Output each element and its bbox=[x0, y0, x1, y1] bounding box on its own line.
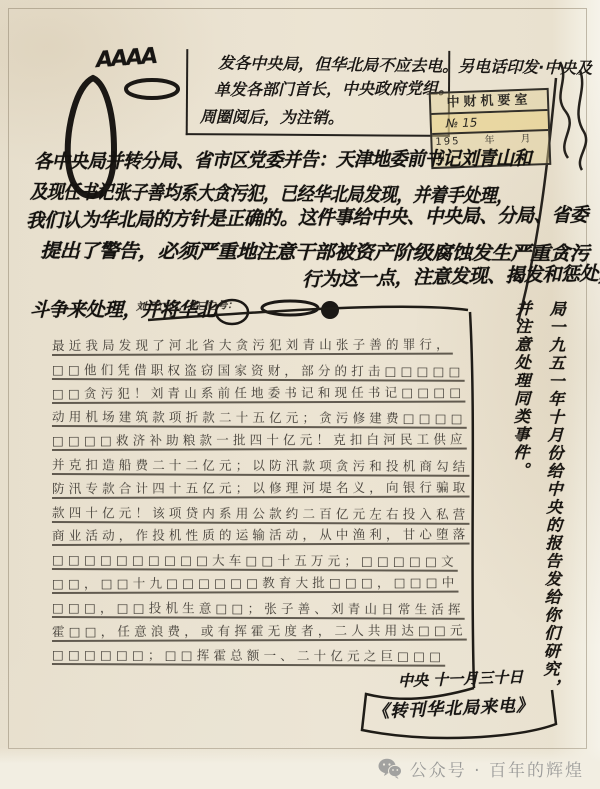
body-line: □□□□救济补助粮款一批四十亿元！克扣白河民工供应 bbox=[52, 428, 476, 453]
body-line: □□□□□□；□□挥霍总额一、二十亿元之巨□□□ bbox=[52, 643, 476, 669]
ink-oval-small bbox=[126, 80, 178, 98]
handwritten-instruction: 各中央局并转分局、省市区党委并告：天津地委前书记刘青山和及现任书记张子善均系大贪… bbox=[30, 148, 600, 325]
body-line: 最近我局发现了河北省大贪污犯刘青山张子善的罪行， bbox=[52, 333, 476, 358]
body-line: □□，□□十九□□□□□□教育大批□□□，□□□中 bbox=[52, 570, 476, 595]
instruction-line: 我们认为华北局的方针是正确的。这件事给中央、中央局、分局、省委 bbox=[26, 200, 600, 237]
filing-note: 刘 王□□，字□□号： bbox=[136, 296, 238, 313]
body-line: □□□，□□投机生意□□；张子善、刘青山日常生活挥 bbox=[52, 596, 476, 622]
body-line: □□贪污犯！刘青山系前任地委书记和现任书记□□□□ bbox=[52, 380, 476, 405]
body-line: 防汛专款合计四十五亿元；以修理河堤名义，向银行骗取 bbox=[52, 475, 476, 500]
handwritten-scribble: AAAA bbox=[95, 44, 157, 73]
watermark: 公众号 · 百年的辉煌 bbox=[378, 756, 584, 781]
typed-body-text: 最近我局发现了河北省大贪污犯刘青山张子善的罪行，□□他们凭借职权盗窃国家资财，部… bbox=[52, 334, 476, 667]
body-line: □□他们凭借职权盗窃国家资财，部分的打击□□□□□ bbox=[52, 358, 476, 384]
instruction-line: 各中央局并转分局、省市区党委并告：天津地委前书记刘青山和 bbox=[34, 143, 600, 177]
routing-note-line: 周圈阅后，为注销。 bbox=[200, 103, 460, 132]
watermark-label: 公众号 · 百年的辉煌 bbox=[410, 756, 584, 781]
wechat-icon bbox=[378, 758, 402, 780]
routing-note-box: 发各中央局，但华北局不应去电。另电话印发·中央及单发各部门首长，中央政府党组。周… bbox=[186, 49, 451, 137]
body-line: 霍□□，任意浪费，或有挥霍无度者，二人共用达□□元 bbox=[52, 618, 476, 643]
scanned-document-page: AAAA 发各中央局，但华北局不应去电。另电话印发·中央及单发各部门首长，中央政… bbox=[0, 0, 600, 789]
attachment-note: 《转刊华北局来电》 bbox=[372, 690, 535, 722]
margin-note-vertical: 局一九五一年十月份给中央的报告发给你们研究，并注意处理同类事件。 bbox=[489, 299, 574, 698]
body-line: 商业活动，作投机性质的运输活动，从中渔利，甘心堕落 bbox=[52, 523, 476, 548]
sign-off: 中央 十一月三十日 bbox=[398, 666, 524, 691]
